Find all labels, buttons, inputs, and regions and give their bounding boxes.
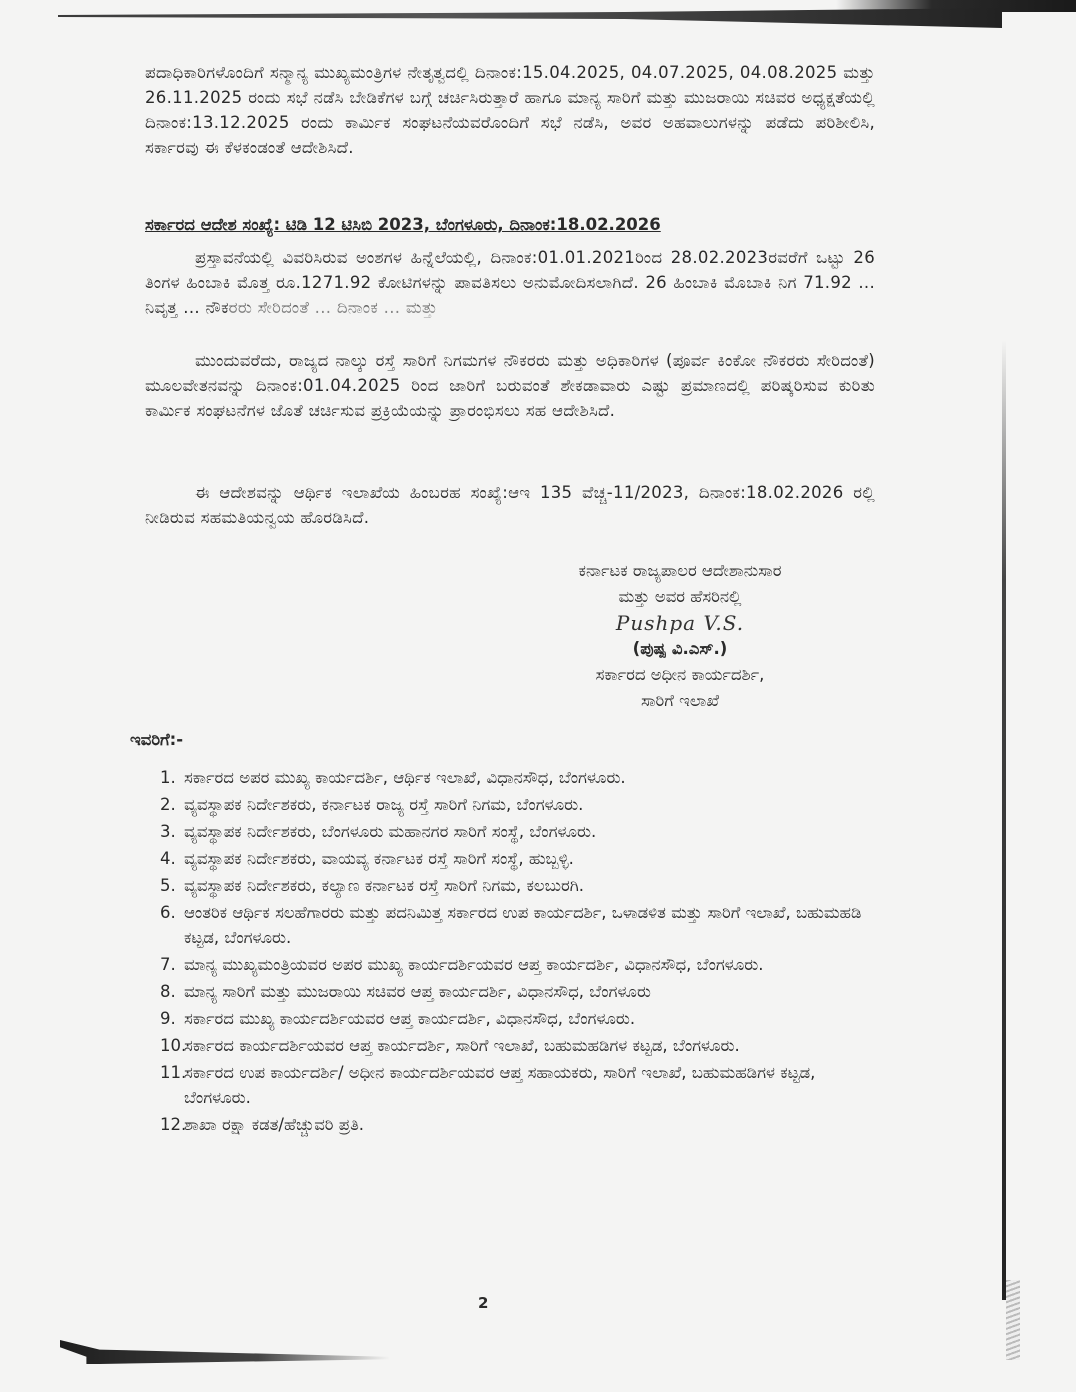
recipient-item: 10.ಸರ್ಕಾರದ ಕಾರ್ಯದರ್ಶಿಯವರ ಆಪ್ತ ಕಾರ್ಯದರ್ಶಿ… (160, 1033, 880, 1058)
recipient-number: 4. (160, 846, 184, 871)
scan-edge-hatch (1006, 1280, 1020, 1360)
intro-paragraph: ಪದಾಧಿಕಾರಿಗಳೊಂದಿಗೆ ಸನ್ಮಾನ್ಯ ಮುಖ್ಯಮಂತ್ರಿಗಳ… (145, 60, 875, 160)
recipient-item: 7.ಮಾನ್ಯ ಮುಖ್ಯಮಂತ್ರಿಯವರ ಅಪರ ಮುಖ್ಯ ಕಾರ್ಯದರ… (160, 952, 880, 977)
recipient-text: ವ್ಯವಸ್ಥಾಪಕ ನಿರ್ದೇಶಕರು, ವಾಯವ್ಯ ಕರ್ನಾಟಕ ರಸ… (184, 846, 880, 871)
recipient-number: 3. (160, 819, 184, 844)
signature-line-1: ಕರ್ನಾಟಕ ರಾಜ್ಯಪಾಲರ ಆದೇಶಾನುಸಾರ (480, 558, 880, 584)
recipient-text: ಸರ್ಕಾರದ ಅಪರ ಮುಖ್ಯ ಕಾರ್ಯದರ್ಶಿ, ಆರ್ಥಿಕ ಇಲಾ… (184, 765, 880, 790)
signature-line-2: ಮತ್ತು ಅವರ ಹೆಸರಿನಲ್ಲಿ (480, 584, 880, 610)
recipient-number: 12. (160, 1112, 184, 1137)
recipient-number: 5. (160, 873, 184, 898)
scan-edge-top (58, 8, 1002, 28)
recipient-text: ಸರ್ಕಾರದ ಉಪ ಕಾರ್ಯದರ್ಶಿ/ ಅಧೀನ ಕಾರ್ಯದರ್ಶಿಯವ… (184, 1060, 880, 1110)
order-paragraph-1: ಪ್ರಸ್ತಾವನೆಯಲ್ಲಿ ವಿವರಿಸಿರುವ ಅಂಶಗಳ ಹಿನ್ನೆಲ… (145, 245, 875, 320)
recipient-item: 5.ವ್ಯವಸ್ಥಾಪಕ ನಿರ್ದೇಶಕರು, ಕಲ್ಯಾಣ ಕರ್ನಾಟಕ … (160, 873, 880, 898)
concurrence-paragraph: ಈ ಆದೇಶವನ್ನು ಆರ್ಥಿಕ ಇಲಾಖೆಯ ಹಿಂಬರಹ ಸಂಖ್ಯೆ:… (145, 480, 875, 530)
recipient-item: 8.ಮಾನ್ಯ ಸಾರಿಗೆ ಮತ್ತು ಮುಜರಾಯಿ ಸಚಿವರ ಆಪ್ತ … (160, 979, 880, 1004)
page-number: 2 (478, 1294, 488, 1312)
recipient-text: ಸರ್ಕಾರದ ಮುಖ್ಯ ಕಾರ್ಯದರ್ಶಿಯವರ ಆಪ್ತ ಕಾರ್ಯದರ… (184, 1006, 880, 1031)
recipients-list: 1.ಸರ್ಕಾರದ ಅಪರ ಮುಖ್ಯ ಕಾರ್ಯದರ್ಶಿ, ಆರ್ಥಿಕ ಇ… (160, 765, 880, 1139)
signatory-name: (ಪುಷ್ಪ ವಿ.ಎಸ್.) (480, 636, 880, 662)
recipient-item: 2.ವ್ಯವಸ್ಥಾಪಕ ನಿರ್ದೇಶಕರು, ಕರ್ನಾಟಕ ರಾಜ್ಯ ರ… (160, 792, 880, 817)
recipient-item: 3.ವ್ಯವಸ್ಥಾಪಕ ನಿರ್ದೇಶಕರು, ಬೆಂಗಳೂರು ಮಹಾನಗರ… (160, 819, 880, 844)
recipient-item: 9.ಸರ್ಕಾರದ ಮುಖ್ಯ ಕಾರ್ಯದರ್ಶಿಯವರ ಆಪ್ತ ಕಾರ್ಯ… (160, 1006, 880, 1031)
recipient-number: 2. (160, 792, 184, 817)
recipient-item: 11.ಸರ್ಕಾರದ ಉಪ ಕಾರ್ಯದರ್ಶಿ/ ಅಧೀನ ಕಾರ್ಯದರ್ಶ… (160, 1060, 880, 1110)
order-heading: ಸರ್ಕಾರದ ಆದೇಶ ಸಂಖ್ಯೆ: ಟಿಡಿ 12 ಟಿಸಿಬಿ 2023… (145, 213, 875, 237)
order-paragraph-2: ಮುಂದುವರೆದು, ರಾಜ್ಯದ ನಾಲ್ಕು ರಸ್ತೆ ಸಾರಿಗೆ ನ… (145, 348, 875, 423)
recipient-item: 1.ಸರ್ಕಾರದ ಅಪರ ಮುಖ್ಯ ಕಾರ್ಯದರ್ಶಿ, ಆರ್ಥಿಕ ಇ… (160, 765, 880, 790)
scan-edge-bottom (60, 1340, 390, 1364)
recipients-label: ಇವರಿಗೆ:- (130, 730, 183, 750)
recipient-item: 6.ಆಂತರಿಕ ಆರ್ಥಿಕ ಸಲಹೆಗಾರರು ಮತ್ತು ಪದನಿಮಿತ್… (160, 900, 880, 950)
recipient-item: 4.ವ್ಯವಸ್ಥಾಪಕ ನಿರ್ದೇಶಕರು, ವಾಯವ್ಯ ಕರ್ನಾಟಕ … (160, 846, 880, 871)
recipient-text: ಮಾನ್ಯ ಮುಖ್ಯಮಂತ್ರಿಯವರ ಅಪರ ಮುಖ್ಯ ಕಾರ್ಯದರ್ಶ… (184, 952, 880, 977)
recipient-text: ಮಾನ್ಯ ಸಾರಿಗೆ ಮತ್ತು ಮುಜರಾಯಿ ಸಚಿವರ ಆಪ್ತ ಕಾ… (184, 979, 880, 1004)
recipient-number: 1. (160, 765, 184, 790)
recipient-item: 12.ಶಾಖಾ ರಕ್ಷಾ ಕಡತ/ಹೆಚ್ಚುವರಿ ಪ್ರತಿ. (160, 1112, 880, 1137)
scan-edge-right (1002, 340, 1006, 1300)
handwritten-signature: Pushpa V.S. (480, 610, 880, 636)
recipient-text: ಆಂತರಿಕ ಆರ್ಥಿಕ ಸಲಹೆಗಾರರು ಮತ್ತು ಪದನಿಮಿತ್ತ … (184, 900, 880, 950)
recipient-text: ವ್ಯವಸ್ಥಾಪಕ ನಿರ್ದೇಶಕರು, ಬೆಂಗಳೂರು ಮಹಾನಗರ ಸ… (184, 819, 880, 844)
recipient-number: 11. (160, 1060, 184, 1110)
recipient-number: 8. (160, 979, 184, 1004)
signature-block: ಕರ್ನಾಟಕ ರಾಜ್ಯಪಾಲರ ಆದೇಶಾನುಸಾರ ಮತ್ತು ಅವರ ಹ… (480, 558, 880, 714)
recipient-text: ವ್ಯವಸ್ಥಾಪಕ ನಿರ್ದೇಶಕರು, ಕರ್ನಾಟಕ ರಾಜ್ಯ ರಸ್… (184, 792, 880, 817)
signatory-designation: ಸರ್ಕಾರದ ಅಧೀನ ಕಾರ್ಯದರ್ಶಿ, (480, 662, 880, 688)
document-page: ಪದಾಧಿಕಾರಿಗಳೊಂದಿಗೆ ಸನ್ಮಾನ್ಯ ಮುಖ್ಯಮಂತ್ರಿಗಳ… (0, 0, 1076, 1392)
recipient-number: 10. (160, 1033, 184, 1058)
recipient-text: ಸರ್ಕಾರದ ಕಾರ್ಯದರ್ಶಿಯವರ ಆಪ್ತ ಕಾರ್ಯದರ್ಶಿ, ಸ… (184, 1033, 880, 1058)
recipient-number: 7. (160, 952, 184, 977)
recipient-text: ವ್ಯವಸ್ಥಾಪಕ ನಿರ್ದೇಶಕರು, ಕಲ್ಯಾಣ ಕರ್ನಾಟಕ ರಸ… (184, 873, 880, 898)
recipient-number: 6. (160, 900, 184, 950)
recipient-text: ಶಾಖಾ ರಕ್ಷಾ ಕಡತ/ಹೆಚ್ಚುವರಿ ಪ್ರತಿ. (184, 1112, 880, 1137)
signatory-department: ಸಾರಿಗೆ ಇಲಾಖೆ (480, 688, 880, 714)
recipient-number: 9. (160, 1006, 184, 1031)
